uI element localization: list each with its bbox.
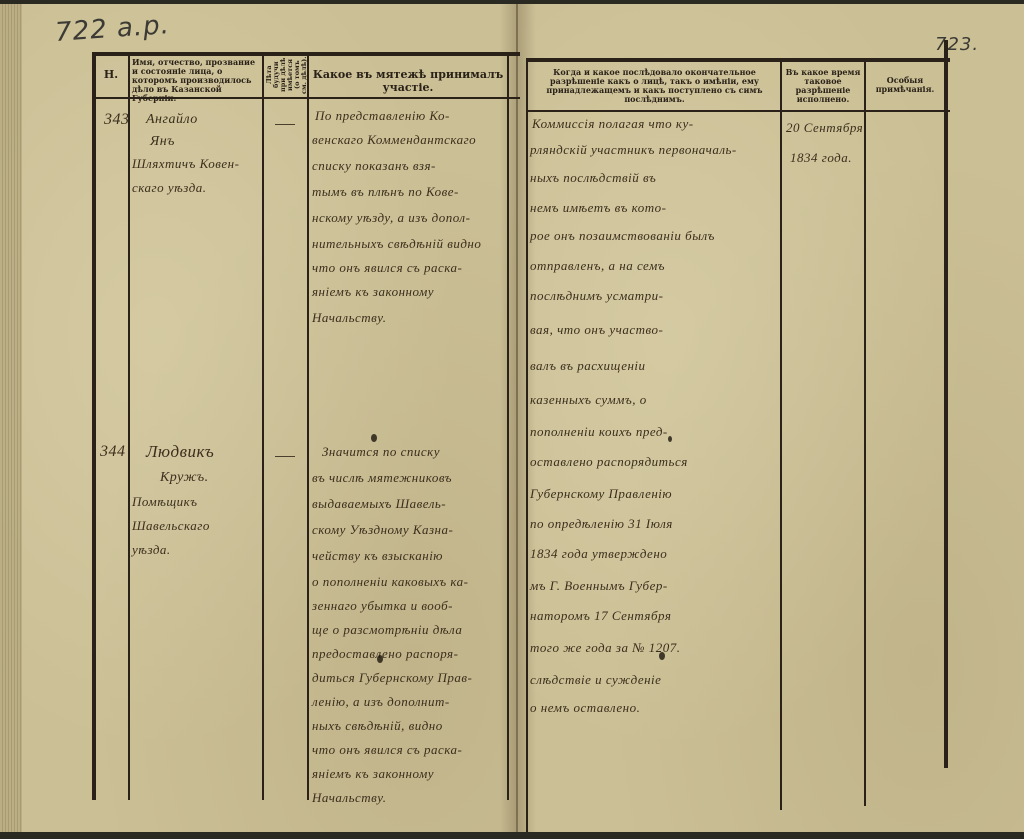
entry-343-name-4: скаго уѣзда.: [132, 176, 207, 200]
entry-343-participation-9: Начальству.: [312, 306, 387, 330]
right-outer-rule: [944, 40, 948, 768]
left-outer-rule: [92, 52, 96, 800]
resolution-line-10: казенныхъ суммъ, о: [530, 388, 647, 412]
entry-343-participation-7: что онъ явился съ раска-: [312, 256, 462, 280]
col-rule-right-inner: [526, 58, 528, 832]
entry-344-participation-2: въ числѣ мятежниковъ: [312, 466, 452, 490]
entry-344-participation-8: ще о разсмотрѣніи дѣла: [312, 618, 462, 642]
ink-spot: [659, 652, 665, 660]
entry-344-participation-6: о пополненіи каковыхъ ка-: [312, 570, 468, 594]
page-edges: [0, 4, 22, 832]
resolution-line-2: рляндскій участникъ первоначаль-: [530, 138, 737, 162]
entry-344-participation-9: предоставлено распоря-: [312, 642, 458, 666]
resolution-line-3: ныхъ послѣдствій въ: [530, 166, 656, 190]
entry-344-participation-13: что онъ явился съ раска-: [312, 738, 462, 762]
resolution-line-9: валъ въ расхищеніи: [530, 354, 646, 378]
resolution-line-7: послѣднимъ усматри-: [530, 284, 663, 308]
resolution-line-17: наторомъ 17 Сентября: [530, 604, 671, 628]
resolution-line-4: немъ имѣетъ въ кото-: [530, 196, 666, 220]
entry-344-participation-5: чейству къ взысканію: [312, 544, 443, 568]
entry-343-participation-3: списку показанъ взя-: [312, 154, 436, 178]
executed-date-2: 1834 года.: [790, 146, 852, 170]
resolution-line-12: оставлено распорядиться: [530, 450, 688, 474]
ink-spot: [371, 434, 377, 442]
folio-number-right: 723.: [935, 34, 979, 55]
entry-343-participation-4: тымъ въ плѣнъ по Кове-: [312, 180, 459, 204]
col-rule-age: [307, 52, 309, 800]
resolution-line-6: отправленъ, а на семъ: [530, 254, 665, 278]
entry-343-name-3: Шляхтичъ Ковен-: [132, 152, 239, 176]
entry-344-name-5: уѣзда.: [132, 538, 171, 562]
header-name-status: Имя, отчество, прозвание и состояніе лиц…: [132, 58, 260, 103]
entry-343-participation-1: По представленію Ко-: [315, 104, 450, 128]
right-top-rule: [527, 58, 950, 62]
header-remarks: Особыя примѣчанія.: [868, 76, 942, 94]
ledger-spread: 722 а.р. 723. Н. Имя, отчество, прозвани…: [0, 0, 1024, 839]
resolution-line-14: по опредѣленію 31 Іюля: [530, 512, 673, 536]
header-executed: Въ какое время таковое разрѣшеніе исполн…: [784, 68, 862, 104]
entry-344-participation-14: яніемъ къ законному: [312, 762, 434, 786]
col-rule-number: [128, 52, 130, 800]
entry-343-participation-5: нскому уѣзду, а изъ допол-: [312, 206, 470, 230]
col-rule-resolution: [780, 58, 782, 810]
entry-344-participation-15: Начальству.: [312, 786, 387, 810]
entry-344-name-4: Шавельскаго: [132, 514, 210, 538]
resolution-line-5: рое онъ позаимствованіи былъ: [530, 224, 715, 248]
resolution-line-1: Коммиссія полагая что ку-: [532, 112, 694, 136]
entry-344-participation-7: зеннаго убытка и вооб-: [312, 594, 453, 618]
entry-343-participation-8: яніемъ къ законному: [312, 280, 434, 304]
resolution-line-11: пополненіи коихъ пред-: [530, 420, 668, 444]
resolution-line-13: Губернскому Правленію: [530, 482, 672, 506]
col-rule-left-inner: [507, 52, 509, 800]
executed-date-1: 20 Сентября: [786, 116, 863, 140]
resolution-line-20: о немъ оставлено.: [530, 696, 640, 720]
entry-343-age-dash: [275, 124, 295, 125]
entry-344-participation-3: выдаваемыхъ Шавель-: [312, 492, 446, 516]
entry-344-age-dash: [275, 456, 295, 457]
entry-344-participation-4: скому Уѣздному Казна-: [312, 518, 453, 542]
entry-344-participation-1: Значится по списку: [322, 440, 440, 464]
header-age: Лѣта будучи при дѣлѣ имѣется (о томъ см.…: [266, 56, 304, 94]
entry-344-participation-10: диться Губернскому Прав-: [312, 666, 472, 690]
resolution-line-16: мъ Г. Военнымъ Губер-: [530, 574, 668, 598]
entry-344-participation-11: ленію, а изъ дополнит-: [312, 690, 450, 714]
resolution-line-19: слѣдствіе и сужденіе: [530, 668, 661, 692]
header-participation: Какое въ мятежѣ принималъ участіе.: [312, 68, 504, 94]
col-rule-executed: [864, 58, 866, 806]
entry-number-344: 344: [100, 436, 126, 468]
resolution-line-8: вая, что онъ участво-: [530, 318, 663, 342]
header-number: Н.: [96, 68, 126, 81]
entry-number-343: 343: [104, 104, 130, 136]
col-rule-name: [262, 52, 264, 800]
ink-spot: [377, 655, 383, 663]
header-resolution: Когда и какое послѣдовало окончательное …: [532, 68, 777, 104]
entry-343-participation-6: нительныхъ свѣдѣній видно: [312, 232, 481, 256]
entry-344-name-3: Помѣщикъ: [132, 490, 198, 514]
resolution-line-15: 1834 года утверждено: [530, 542, 667, 566]
ink-spot: [668, 436, 672, 442]
entry-344-participation-12: ныхъ свѣдѣній, видно: [312, 714, 443, 738]
entry-343-participation-2: венскаго Коммендантскаго: [312, 128, 476, 152]
resolution-line-18: того же года за № 1207.: [530, 636, 680, 660]
